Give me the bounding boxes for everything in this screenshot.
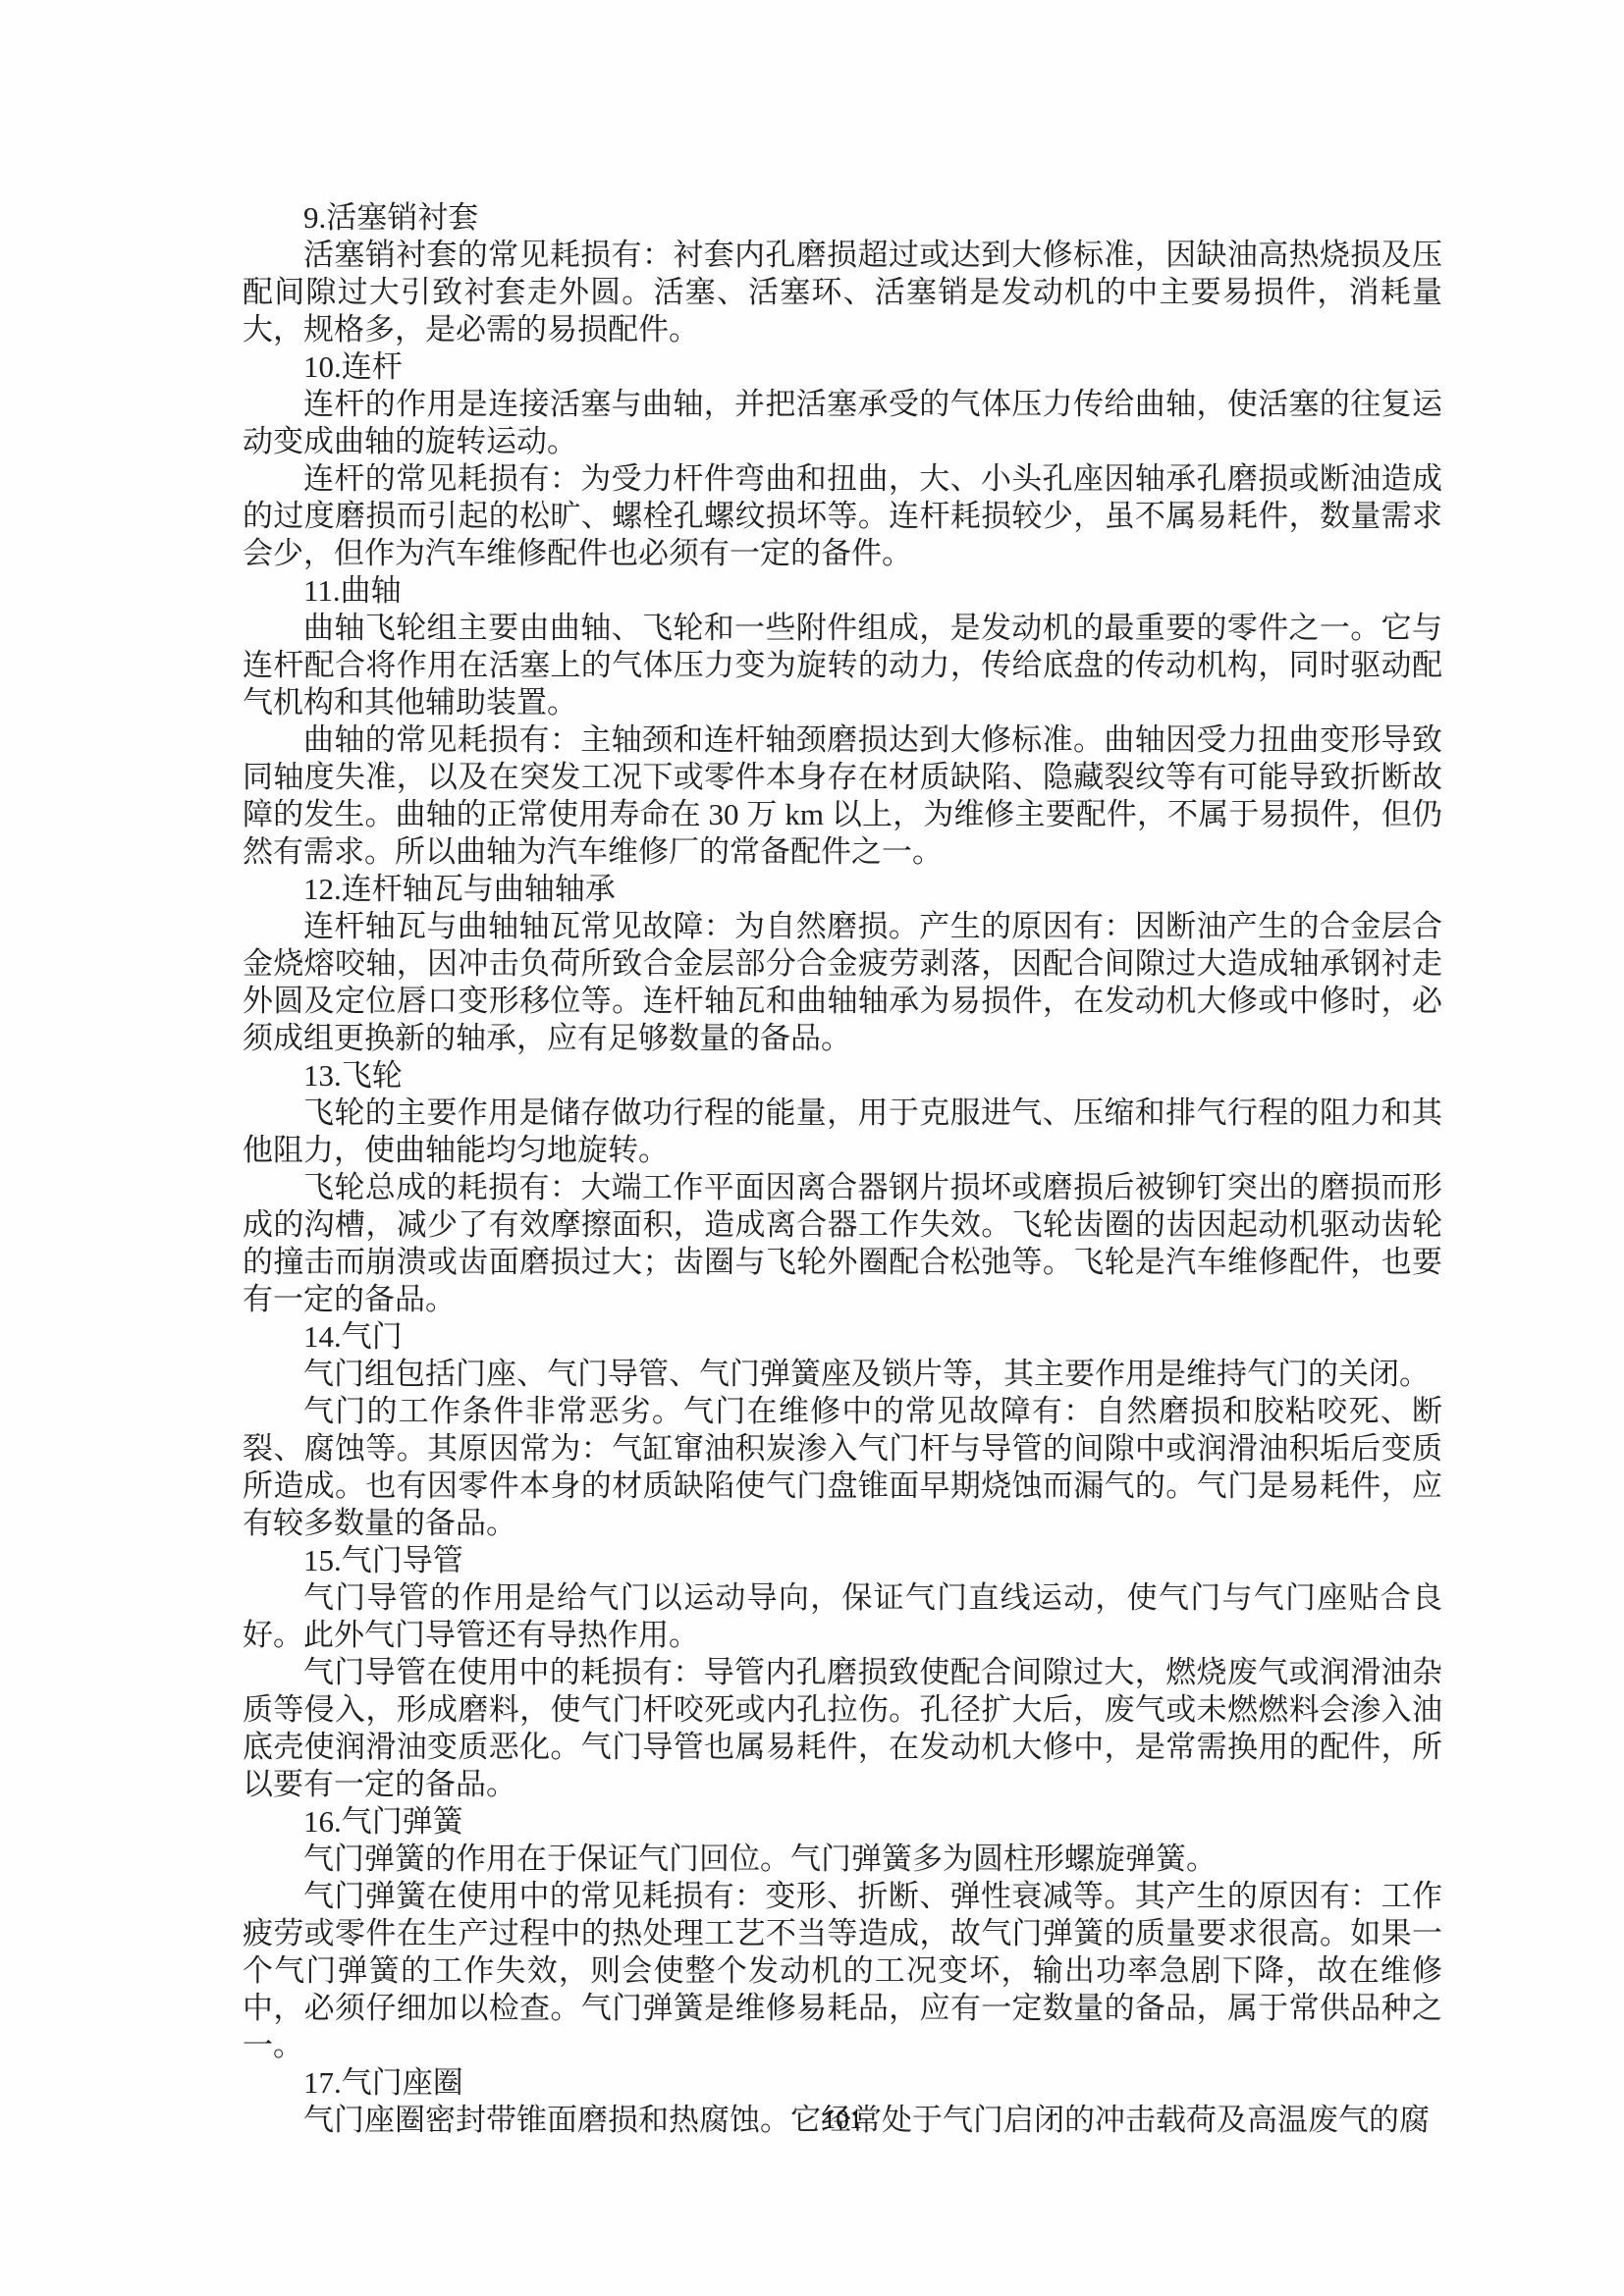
paragraph: 连杆的常见耗损有：为受力杆件弯曲和扭曲，大、小头孔座因轴承孔磨损或断油造成的过度… — [243, 460, 1442, 572]
section: 14.气门气门组包括门座、气门导管、气门弹簧座及锁片等，其主要作用是维持气门的关… — [243, 1318, 1442, 1542]
paragraph: 气门导管在使用中的耗损有：导管内孔磨损致使配合间隙过大，燃烧废气或润滑油杂质等侵… — [243, 1654, 1442, 1803]
section-heading: 12.连杆轴瓦与曲轴轴承 — [243, 871, 1442, 908]
section-heading: 15.气门导管 — [243, 1542, 1442, 1579]
section: 16.气门弹簧气门弹簧的作用在于保证气门回位。气门弹簧多为圆柱形螺旋弹簧。气门弹… — [243, 1803, 1442, 2064]
paragraph: 飞轮的主要作用是储存做功行程的能量，用于克服进气、压缩和排气行程的阻力和其他阻力… — [243, 1095, 1442, 1169]
paragraph: 气门组包括门座、气门导管、气门弹簧座及锁片等，其主要作用是维持气门的关闭。 — [243, 1356, 1442, 1393]
document-page: 9.活塞销衬套活塞销衬套的常见耗损有：衬套内孔磨损超过或达到大修标准，因缺油高热… — [0, 0, 1624, 2296]
paragraph: 气门导管的作用是给气门以运动导向，保证气门直线运动，使气门与气门座贴合良好。此外… — [243, 1579, 1442, 1654]
section-heading: 9.活塞销衬套 — [243, 199, 1442, 237]
section: 13.飞轮飞轮的主要作用是储存做功行程的能量，用于克服进气、压缩和排气行程的阻力… — [243, 1057, 1442, 1318]
section-heading: 11.曲轴 — [243, 572, 1442, 610]
section-heading: 17.气门座圈 — [243, 2064, 1442, 2102]
paragraph: 活塞销衬套的常见耗损有：衬套内孔磨损超过或达到大修标准，因缺油高热烧损及压配间隙… — [243, 237, 1442, 348]
paragraph: 气门弹簧的作用在于保证气门回位。气门弹簧多为圆柱形螺旋弹簧。 — [243, 1841, 1442, 1878]
paragraph: 曲轴飞轮组主要由曲轴、飞轮和一些附件组成，是发动机的最重要的零件之一。它与连杆配… — [243, 610, 1442, 721]
page-number: 101 — [243, 2103, 1442, 2136]
section-heading: 14.气门 — [243, 1318, 1442, 1356]
section-heading: 16.气门弹簧 — [243, 1803, 1442, 1841]
paragraph: 连杆的作用是连接活塞与曲轴，并把活塞承受的气体压力传给曲轴，使活塞的往复运动变成… — [243, 386, 1442, 460]
paragraph: 飞轮总成的耗损有：大端工作平面因离合器钢片损坏或磨损后被铆钉突出的磨损而形成的沟… — [243, 1169, 1442, 1318]
document-body: 9.活塞销衬套活塞销衬套的常见耗损有：衬套内孔磨损超过或达到大修标准，因缺油高热… — [243, 199, 1442, 2139]
section: 11.曲轴曲轴飞轮组主要由曲轴、飞轮和一些附件组成，是发动机的最重要的零件之一。… — [243, 572, 1442, 871]
section: 15.气门导管气门导管的作用是给气门以运动导向，保证气门直线运动，使气门与气门座… — [243, 1542, 1442, 1803]
section: 12.连杆轴瓦与曲轴轴承连杆轴瓦与曲轴轴瓦常见故障：为自然磨损。产生的原因有：因… — [243, 871, 1442, 1057]
paragraph: 气门弹簧在使用中的常见耗损有：变形、折断、弹性衰减等。其产生的原因有：工作疲劳或… — [243, 1878, 1442, 2064]
section-heading: 10.连杆 — [243, 348, 1442, 386]
section-heading: 13.飞轮 — [243, 1057, 1442, 1095]
section: 9.活塞销衬套活塞销衬套的常见耗损有：衬套内孔磨损超过或达到大修标准，因缺油高热… — [243, 199, 1442, 348]
paragraph: 连杆轴瓦与曲轴轴瓦常见故障：为自然磨损。产生的原因有：因断油产生的合金层合金烧熔… — [243, 908, 1442, 1057]
paragraph: 曲轴的常见耗损有：主轴颈和连杆轴颈磨损达到大修标准。曲轴因受力扭曲变形导致同轴度… — [243, 721, 1442, 871]
section: 10.连杆连杆的作用是连接活塞与曲轴，并把活塞承受的气体压力传给曲轴，使活塞的往… — [243, 348, 1442, 572]
paragraph: 气门的工作条件非常恶劣。气门在维修中的常见故障有：自然磨损和胶粘咬死、断裂、腐蚀… — [243, 1393, 1442, 1542]
